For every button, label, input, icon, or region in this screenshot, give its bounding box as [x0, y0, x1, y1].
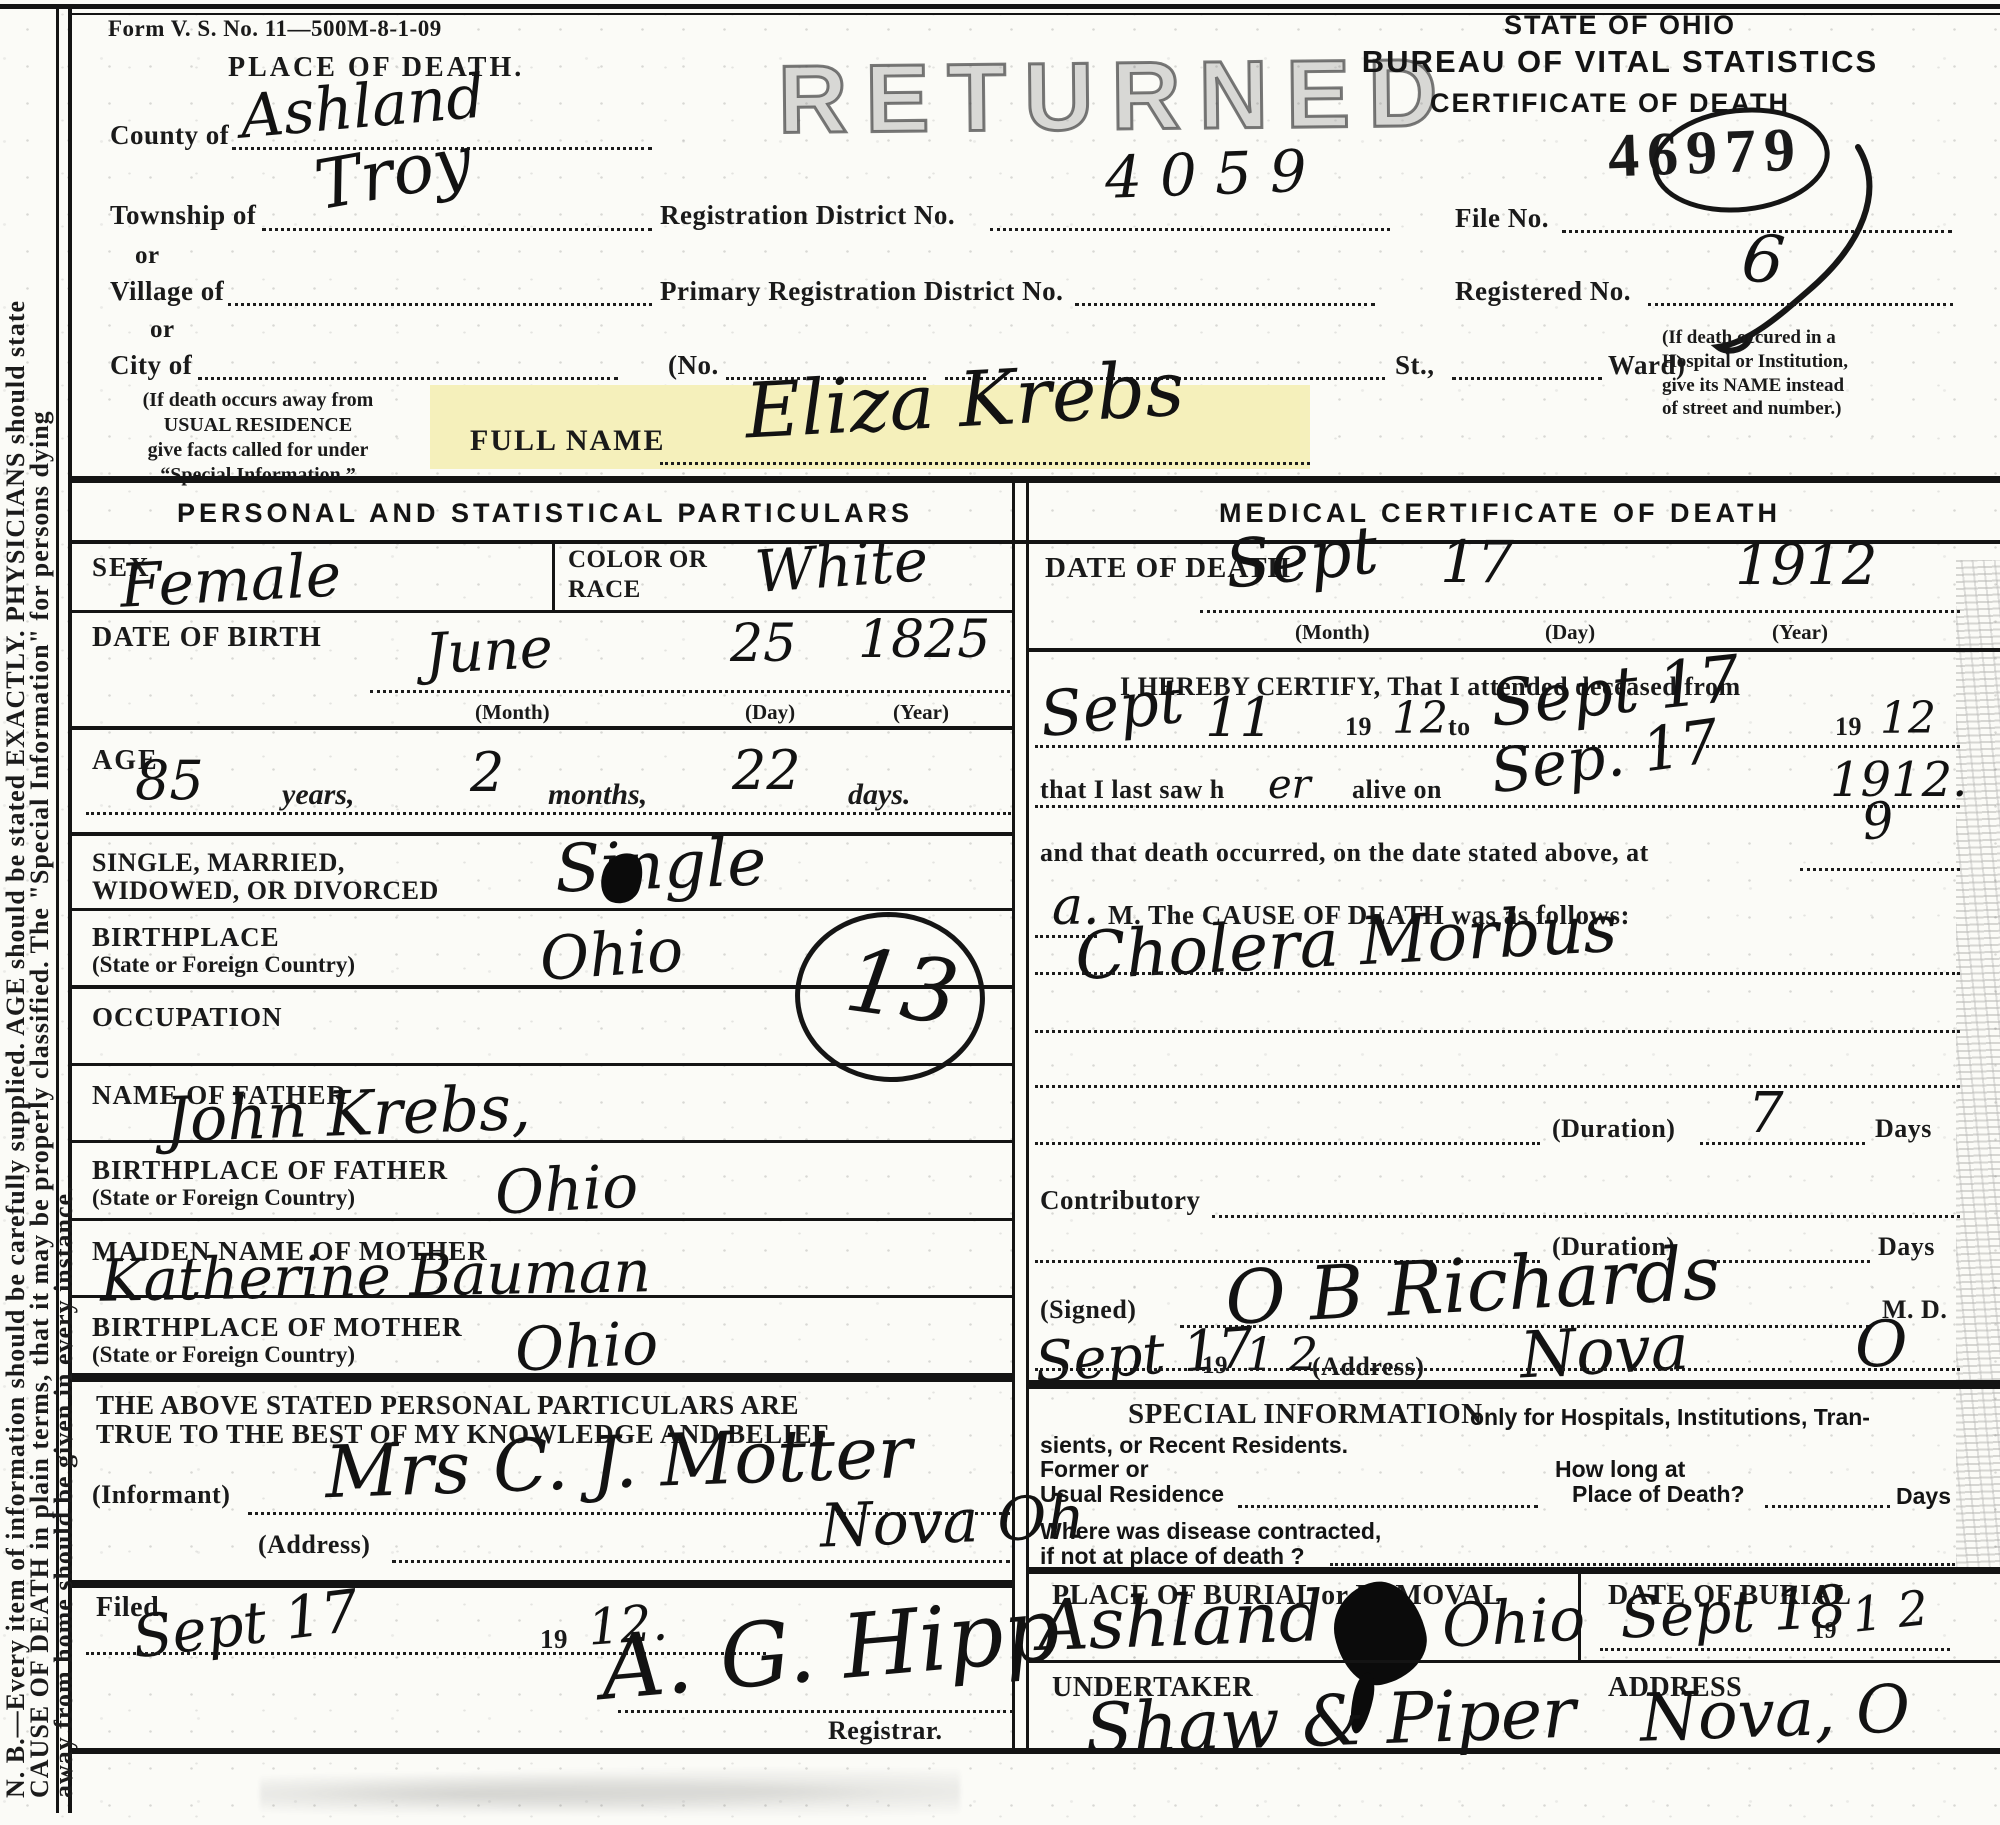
father-birthplace-label: BIRTHPLACE OF FATHER [92, 1155, 448, 1186]
disease-contracted-label-1: Where was disease contracted, [1040, 1518, 1381, 1545]
city-line [198, 377, 618, 380]
registration-district-label: Registration District No. [660, 200, 955, 231]
city-no-label: (No. [668, 350, 719, 381]
special-title-rest: only for Hospitals, Institutions, Tran- [1470, 1404, 1870, 1431]
dob-year-label: (Year) [893, 700, 949, 725]
mother-birthplace-sub-label: (State or Foreign Country) [92, 1342, 355, 1368]
age-months-value: 2 [470, 750, 504, 796]
place-of-burial-value2: Ohio [1441, 1594, 1587, 1652]
last-saw-year: 1912. [1830, 760, 1967, 801]
township-label: Township of [110, 200, 256, 231]
registration-district-value: 4059 [1104, 146, 1325, 203]
duration-label: (Duration) [1552, 1114, 1675, 1144]
former-residence-line [1238, 1505, 1538, 1508]
rule-under-dob [72, 726, 1012, 730]
duration2-days-label: Days [1878, 1232, 1935, 1262]
sex-value: Female [119, 550, 343, 613]
date-of-death-year: 1912 [1735, 542, 1878, 590]
column-divider-2 [1026, 476, 1029, 1750]
special-title-strong: SPECIAL INFORMATION [1128, 1398, 1483, 1431]
cause-line-3 [1035, 1085, 1960, 1088]
residence-note: (If death occurs away from USUAL RESIDEN… [88, 388, 428, 488]
personal-section-title: PERSONAL AND STATISTICAL PARTICULARS [80, 498, 1010, 529]
place-of-burial-value: Ashland [1037, 1587, 1324, 1656]
age-days-value: 22 [732, 748, 801, 794]
signed-year-printed: 19 [1202, 1352, 1228, 1380]
dob-label: DATE OF BIRTH [92, 622, 322, 654]
last-saw-suffix: alive on [1352, 775, 1442, 805]
dob-day-value: 25 [730, 622, 796, 666]
death-time-line [1800, 868, 1960, 871]
father-name-value: John Krebs, [164, 1082, 531, 1147]
age-months-label: months, [548, 778, 647, 812]
year-printed-2: 19 [1835, 712, 1862, 742]
signed-label: (Signed) [1040, 1295, 1136, 1325]
informant-address-line [392, 1560, 1010, 1563]
date-of-death-line [1200, 610, 1960, 613]
dod-day-label: (Day) [1545, 620, 1595, 645]
sex-race-divider [552, 542, 555, 612]
signed-address-value: Nova [1519, 1321, 1690, 1384]
rule-under-occupation [72, 1063, 1012, 1066]
duration-leader-line [1035, 1142, 1540, 1145]
dob-line [370, 690, 1010, 693]
heavy-rule-above-burial [1029, 1567, 2000, 1574]
full-name-label: FULL NAME [470, 424, 666, 458]
occupation-label: OCCUPATION [92, 1002, 283, 1033]
or-label-2: or [150, 316, 175, 344]
scan-bleed-ghost [260, 1768, 960, 1820]
burial-year-hand: 1 2 [1850, 1588, 1930, 1637]
filed-year-printed: 19 [540, 1624, 568, 1655]
marital-label-line1: SINGLE, MARRIED, [92, 848, 345, 878]
dob-month-value: June [424, 625, 554, 679]
dob-year-value: 1825 [858, 618, 990, 662]
birthplace-value: Ohio [538, 925, 684, 986]
how-long-label-1: How long at [1555, 1456, 1685, 1483]
duration-days-label: Days [1875, 1114, 1932, 1144]
column-divider-1 [1012, 476, 1015, 1750]
year-printed-1: 19 [1345, 712, 1372, 742]
attended-from-day: 11 [1205, 695, 1274, 741]
rule-under-age [72, 832, 1012, 836]
informant-label: (Informant) [92, 1480, 230, 1510]
cause-line-1 [1035, 972, 1960, 975]
mother-birthplace-label: BIRTHPLACE OF MOTHER [92, 1312, 463, 1343]
bottom-rule [72, 1748, 2000, 1754]
last-saw-hand: er [1268, 768, 1311, 802]
rule-under-father [72, 1140, 1012, 1143]
margin-note-line3: away from home should be given in every … [52, 68, 76, 1798]
dod-year-label: (Year) [1772, 620, 1828, 645]
disease-contracted-line [1330, 1563, 1955, 1566]
date-of-death-month: Sept [1222, 522, 1380, 594]
death-occurred-text: and that death occurred, on the date sta… [1040, 838, 1649, 868]
death-certificate-scan: N. B.—Every item of information should b… [0, 0, 2000, 1825]
rule-under-marital [72, 908, 1012, 911]
county-label: County of [110, 120, 229, 151]
scan-edge-noise [1956, 560, 2000, 1570]
village-line [228, 303, 652, 306]
father-birthplace-value: Ohio [494, 1161, 640, 1219]
full-name-value: Eliza Krebs [744, 357, 1186, 444]
date-of-burial-line [1600, 1648, 1950, 1651]
burial-year-printed: 19 [1812, 1618, 1837, 1645]
full-name-line [660, 462, 1310, 465]
birthplace-sub-label: (State or Foreign Country) [92, 952, 355, 978]
contributory-line [1212, 1215, 1960, 1218]
attended-from-year: 12 [1392, 700, 1448, 737]
registration-district-line [990, 228, 1390, 231]
dod-month-label: (Month) [1295, 620, 1370, 645]
primary-registration-line [1075, 303, 1375, 306]
death-time-value: 9 [1860, 798, 1896, 844]
signed-date-line [1035, 1368, 1960, 1371]
signed-address-value2: O [1855, 1318, 1907, 1372]
rule-under-birthplace [72, 985, 1012, 989]
attended-from-month: Sept [1038, 675, 1187, 742]
contributory-label: Contributory [1040, 1185, 1201, 1216]
how-long-line [1765, 1505, 1890, 1508]
age-years-label: years, [282, 778, 354, 812]
rule-under-burial-place [1029, 1660, 2000, 1663]
margin-note: N. B.—Every item of information should b… [4, 68, 76, 1798]
marital-label-line2: WIDOWED, OR DIVORCED [92, 876, 439, 906]
rule-under-father-birthplace [72, 1218, 1012, 1221]
top-border-rule [0, 4, 2000, 9]
dob-month-label: (Month) [475, 700, 550, 725]
city-label: City of [110, 350, 192, 381]
registrar-label: Registrar. [828, 1716, 943, 1746]
former-residence-label-1: Former or [1040, 1456, 1149, 1483]
how-long-label-2: Place of Death? [1572, 1481, 1745, 1508]
medical-section-title: MEDICAL CERTIFICATE OF DEATH [1030, 498, 1970, 529]
age-line [86, 812, 1011, 815]
race-label-line1: COLOR OR [568, 546, 707, 574]
village-label: Village of [110, 276, 224, 307]
race-value: White [753, 536, 929, 597]
heavy-rule-above-special [1029, 1380, 2000, 1389]
to-label: to [1448, 712, 1471, 742]
thick-rule-above-attestation [72, 1373, 1012, 1382]
last-saw-line [1035, 805, 1960, 808]
former-residence-label-2: Usual Residence [1040, 1481, 1224, 1508]
informant-address-label: (Address) [258, 1530, 370, 1560]
township-value: Troy [311, 132, 476, 216]
age-days-label: days. [848, 778, 911, 812]
registered-no-label: Registered No. [1455, 276, 1631, 307]
file-no-label: File No. [1455, 203, 1549, 234]
mother-birthplace-value: Ohio [514, 1318, 660, 1376]
township-line [262, 228, 652, 231]
undertaker-address-value: Nova, O [1639, 1681, 1911, 1746]
registrar-signature: A. G. Hipp [598, 1592, 1063, 1707]
date-of-death-day: 17 [1440, 538, 1514, 587]
marital-value: Single [554, 834, 767, 897]
age-years-value: 85 [135, 758, 204, 804]
thick-rule-above-filed [72, 1580, 1012, 1588]
bureau-title: BUREAU OF VITAL STATISTICS [1270, 44, 1970, 80]
primary-registration-label: Primary Registration District No. [660, 276, 1063, 307]
duration-value: 7 [1748, 1090, 1784, 1138]
last-saw-prefix: that I last saw h [1040, 775, 1225, 805]
birthplace-label: BIRTHPLACE [92, 922, 280, 953]
father-birthplace-sub-label: (State or Foreign Country) [92, 1185, 355, 1211]
cause-line-2 [1035, 1030, 1960, 1033]
street-label: St., [1395, 350, 1435, 381]
signed-address-label: (Address) [1312, 1352, 1424, 1382]
dob-day-label: (Day) [745, 700, 795, 725]
section-top-rule [72, 476, 2000, 483]
rule-under-mother [72, 1295, 1012, 1298]
header-underline-rule [72, 540, 2000, 544]
state-title: STATE OF OHIO [1290, 10, 1950, 41]
form-number: Form V. S. No. 11—500M-8-1-09 [108, 16, 442, 42]
attended-to-year: 12 [1880, 700, 1936, 737]
registrar-line [618, 1710, 1013, 1713]
ward-line [1452, 377, 1602, 380]
registered-no-line [1648, 303, 1953, 306]
special-title-line2: sients, or Recent Residents. [1040, 1432, 1348, 1459]
or-label-1: or [135, 242, 160, 270]
race-label-line2: RACE [568, 576, 641, 604]
duration2-value-line [1700, 1260, 1870, 1263]
hospital-note: (If death occured in a Hospital or Insti… [1662, 326, 1972, 421]
rule-under-dod [1029, 648, 2000, 652]
disease-contracted-label-2: if not at place of death ? [1040, 1543, 1305, 1570]
registered-no-value: 6 [1739, 230, 1787, 290]
how-long-days-label: Days [1896, 1483, 1951, 1510]
